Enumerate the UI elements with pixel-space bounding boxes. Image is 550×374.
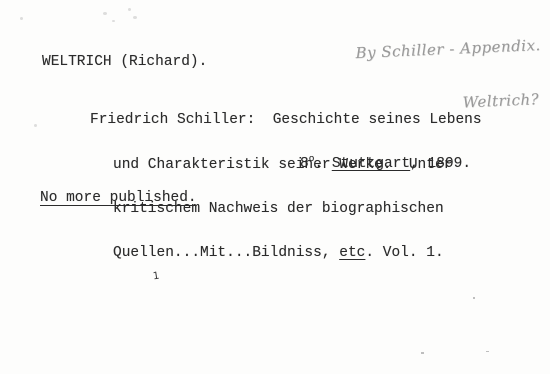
publication-place: Stuttgart	[332, 156, 410, 172]
title-paragraph: Friedrich Schiller: Geschichte seines Le…	[90, 84, 482, 290]
imprint-line: 8o. Stuttgart, 1899.	[300, 157, 471, 172]
handwritten-annotation-line1: By Schiller - Appendix.	[311, 36, 542, 64]
title-line-4-text: Quellen...Mit...Bildniss,	[113, 245, 339, 261]
pencil-smudge	[20, 17, 23, 20]
publication-year: , 1899.	[410, 156, 471, 172]
pencil-smudge	[103, 12, 107, 15]
scan-speck	[486, 351, 489, 352]
no-more-published-text: No more published.	[40, 190, 197, 206]
pencil-smudge	[128, 8, 131, 11]
format-size: 8	[300, 156, 309, 172]
title-etc-underlined: etc	[339, 245, 365, 261]
title-line-1: Friedrich Schiller: Geschichte seines Le…	[90, 113, 482, 128]
scan-speck	[421, 352, 424, 354]
catalog-card: By Schiller - Appendix. Weltrich? WELTRI…	[0, 0, 550, 374]
stray-pencil-mark: 1	[152, 271, 160, 283]
pencil-smudge	[133, 16, 137, 19]
imprint-separator: .	[314, 156, 331, 172]
scan-speck	[473, 297, 475, 299]
no-more-published-note: No more published.	[40, 191, 197, 206]
title-line-4: Quellen...Mit...Bildniss, etc. Vol. 1.	[113, 246, 482, 261]
title-line-4-tail: . Vol. 1.	[365, 245, 443, 261]
pencil-smudge	[112, 20, 115, 22]
pencil-smudge	[34, 124, 37, 127]
author-heading: WELTRICH (Richard).	[42, 55, 207, 70]
